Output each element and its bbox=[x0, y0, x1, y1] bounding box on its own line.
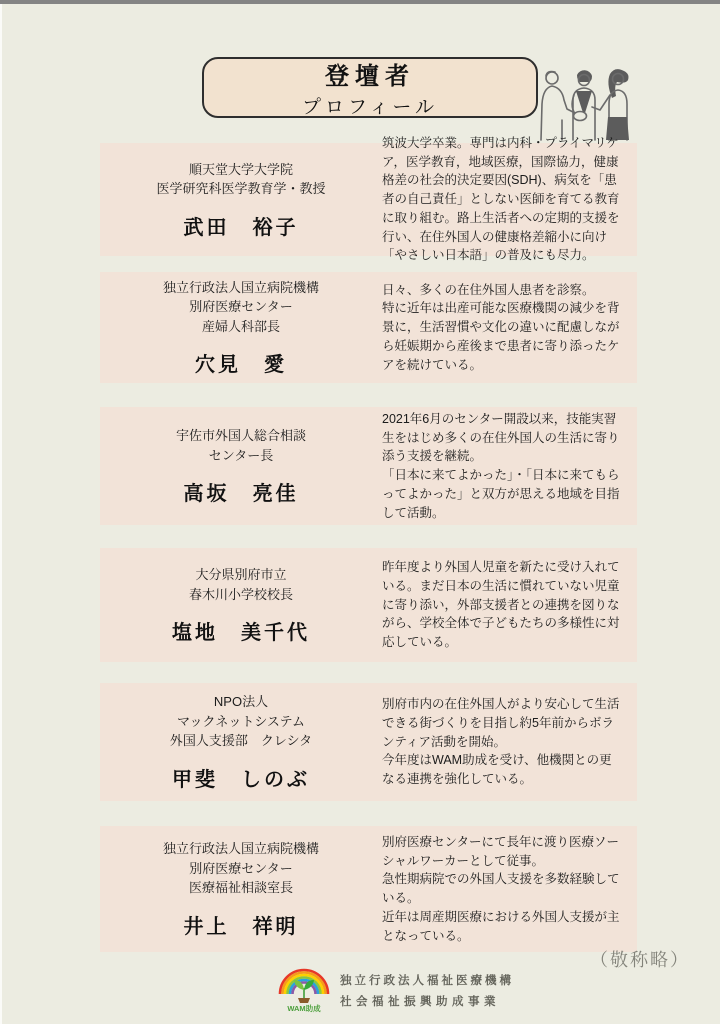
profile-affiliation: 宇佐市外国人総合相談 センター長 bbox=[176, 426, 306, 465]
page-top-edge bbox=[0, 0, 720, 4]
profile-affiliation: 順天堂大学大学院 医学研究科医学教育学・教授 bbox=[156, 160, 325, 199]
page-title-sub: プロフィール bbox=[302, 92, 438, 119]
profile-right-column: 別府市内の在住外国人がより安心して生活できる街づくりを目指し約5年前からボランテ… bbox=[382, 683, 637, 801]
profile-name: 塩地 美千代 bbox=[172, 616, 310, 645]
honorifics-note: （敬称略） bbox=[590, 946, 690, 972]
profile-description: 別府医療センターにて長年に渡り医療ソーシャルワーカーとして従事。 急性期病院での… bbox=[382, 833, 623, 946]
affiliation-line: センター長 bbox=[176, 446, 306, 466]
profile-card: 宇佐市外国人総合相談 センター長 高坂 亮佳 2021年6月のセンター開設以来，… bbox=[100, 407, 637, 525]
footer-org-line1: 独立行政法人福祉医療機構 bbox=[340, 972, 514, 988]
affiliation-line: 別府医療センター bbox=[163, 297, 319, 317]
page-left-edge bbox=[0, 4, 2, 1024]
wam-logo-label: WAM助成 bbox=[287, 1003, 321, 1013]
affiliation-line: 医療福祉相談室長 bbox=[163, 878, 319, 898]
profile-right-column: 日々、多くの在住外国人患者を診察。 特に近年は出産可能な医療機関の減少を背景に，… bbox=[382, 272, 637, 383]
profile-description: 日々、多くの在住外国人患者を診察。 特に近年は出産可能な医療機関の減少を背景に，… bbox=[382, 281, 623, 375]
profile-card: NPO法人 マックネットシステム 外国人支援部 クレシタ 甲斐 しのぶ 別府市内… bbox=[100, 683, 637, 801]
profile-card: 独立行政法人国立病院機構 別府医療センター 産婦人科部長 穴見 愛 日々、多くの… bbox=[100, 272, 637, 383]
page-title-main: 登壇者 bbox=[325, 56, 415, 91]
profile-affiliation: NPO法人 マックネットシステム 外国人支援部 クレシタ bbox=[170, 692, 312, 751]
affiliation-line: NPO法人 bbox=[170, 692, 312, 712]
profile-left-column: 大分県別府市立 春木川小学校校長 塩地 美千代 bbox=[100, 548, 382, 662]
profile-left-column: 独立行政法人国立病院機構 別府医療センター 産婦人科部長 穴見 愛 bbox=[100, 272, 382, 383]
profile-card: 順天堂大学大学院 医学研究科医学教育学・教授 武田 裕子 筑波大学卒業。専門は内… bbox=[100, 143, 637, 256]
profile-left-column: 順天堂大学大学院 医学研究科医学教育学・教授 武田 裕子 bbox=[100, 143, 382, 256]
affiliation-line: 別府医療センター bbox=[163, 859, 319, 879]
profile-left-column: 独立行政法人国立病院機構 別府医療センター 医療福祉相談室長 井上 祥明 bbox=[100, 826, 382, 952]
profile-left-column: NPO法人 マックネットシステム 外国人支援部 クレシタ 甲斐 しのぶ bbox=[100, 683, 382, 801]
profile-description: 昨年度より外国人児童を新たに受け入れている。まだ日本の生活に慣れていない児童に寄… bbox=[382, 558, 623, 652]
affiliation-line: 宇佐市外国人総合相談 bbox=[176, 426, 306, 446]
profile-right-column: 2021年6月のセンター開設以来，技能実習生をはじめ多くの在住外国人の生活に寄り… bbox=[382, 407, 637, 525]
affiliation-line: 独立行政法人国立病院機構 bbox=[163, 839, 319, 859]
affiliation-line: 医学研究科医学教育学・教授 bbox=[156, 179, 325, 199]
seedling-pot-icon bbox=[298, 998, 310, 1003]
affiliation-line: 独立行政法人国立病院機構 bbox=[163, 278, 319, 298]
profile-affiliation: 大分県別府市立 春木川小学校校長 bbox=[189, 565, 293, 604]
three-people-talking-illustration bbox=[531, 58, 647, 142]
profile-card: 大分県別府市立 春木川小学校校長 塩地 美千代 昨年度より外国人児童を新たに受け… bbox=[100, 548, 637, 662]
footer-organization: 独立行政法人福祉医療機構 社会福祉振興助成事業 bbox=[340, 972, 514, 1009]
profile-name: 穴見 愛 bbox=[195, 348, 287, 377]
profile-description: 筑波大学卒業。専門は内科・プライマリケア，医学教育，地域医療，国際協力，健康格差… bbox=[382, 134, 623, 265]
affiliation-line: 春木川小学校校長 bbox=[189, 585, 293, 605]
profile-right-column: 昨年度より外国人児童を新たに受け入れている。まだ日本の生活に慣れていない児童に寄… bbox=[382, 548, 637, 662]
profile-name: 井上 祥明 bbox=[184, 910, 299, 939]
profile-description: 別府市内の在住外国人がより安心して生活できる街づくりを目指し約5年前からボランテ… bbox=[382, 695, 623, 789]
profile-right-column: 別府医療センターにて長年に渡り医療ソーシャルワーカーとして従事。 急性期病院での… bbox=[382, 826, 637, 952]
rainbow-seedling-logo: WAM助成 bbox=[276, 958, 332, 1014]
affiliation-line: 順天堂大学大学院 bbox=[156, 160, 325, 180]
affiliation-line: マックネットシステム bbox=[170, 712, 312, 732]
profile-affiliation: 独立行政法人国立病院機構 別府医療センター 産婦人科部長 bbox=[163, 278, 319, 337]
profile-right-column: 筑波大学卒業。専門は内科・プライマリケア，医学教育，地域医療，国際協力，健康格差… bbox=[382, 143, 637, 256]
affiliation-line: 外国人支援部 クレシタ bbox=[170, 731, 312, 751]
footer-org-line2: 社会福祉振興助成事業 bbox=[340, 993, 514, 1009]
speakers-profile-page: 登壇者 プロフィール 順天堂大学大学院 bbox=[0, 0, 720, 1024]
profile-name: 甲斐 しのぶ bbox=[172, 763, 310, 792]
profile-name: 武田 裕子 bbox=[184, 211, 299, 240]
profile-left-column: 宇佐市外国人総合相談 センター長 高坂 亮佳 bbox=[100, 407, 382, 525]
profile-name: 高坂 亮佳 bbox=[184, 477, 299, 506]
page-title: 登壇者 プロフィール bbox=[202, 57, 538, 118]
affiliation-line: 大分県別府市立 bbox=[189, 565, 293, 585]
profile-description: 2021年6月のセンター開設以来，技能実習生をはじめ多くの在住外国人の生活に寄り… bbox=[382, 410, 623, 523]
profile-card: 独立行政法人国立病院機構 別府医療センター 医療福祉相談室長 井上 祥明 別府医… bbox=[100, 826, 637, 952]
profile-affiliation: 独立行政法人国立病院機構 別府医療センター 医療福祉相談室長 bbox=[163, 839, 319, 898]
affiliation-line: 産婦人科部長 bbox=[163, 317, 319, 337]
